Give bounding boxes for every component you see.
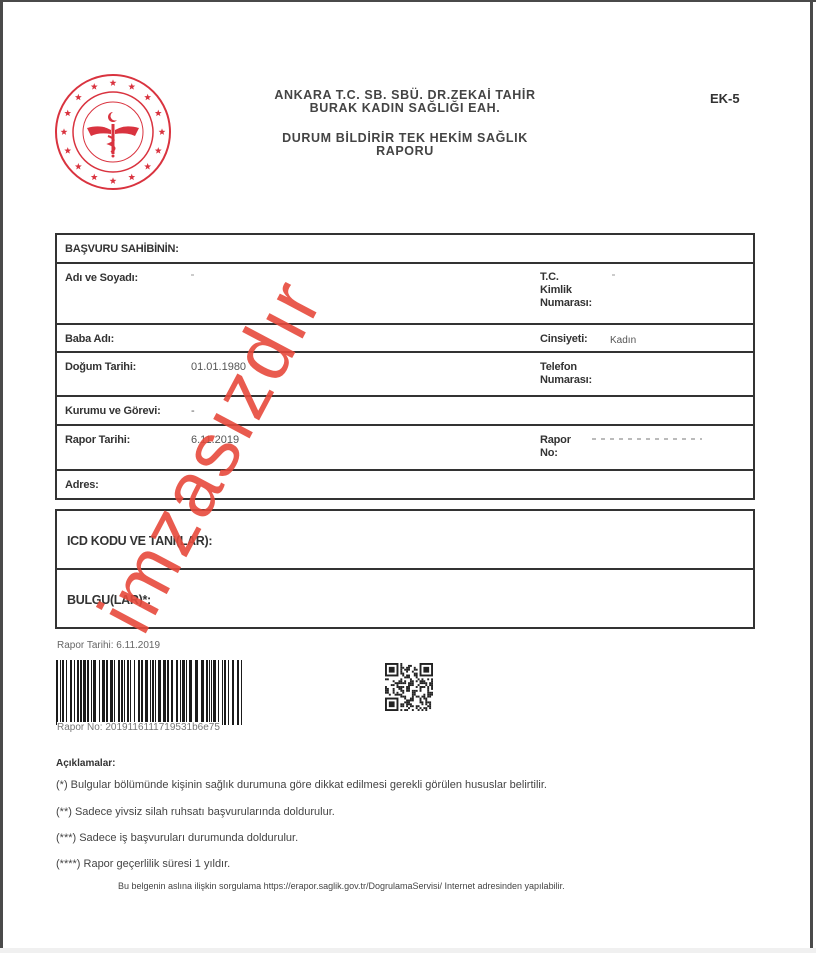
name-label: Adı ve Soyadı: [65, 272, 138, 285]
birth-phone-row: Doğum Tarihi: 01.01.1980 Telefon Numaras… [57, 353, 753, 397]
note-item: (****) Rapor geçerlilik süresi 1 yıldır. [56, 858, 230, 870]
institution-name: ANKARA T.C. SB. SBÜ. DR.ZEKAİ TAHİR BURA… [230, 89, 580, 115]
phone-label-line-2: Numarası: [540, 374, 592, 387]
report-no-value-redacted [592, 438, 702, 440]
title-line-2: RAPORU [230, 145, 580, 158]
tc-label-line-1: T.C. [540, 271, 592, 284]
phone-label-line-1: Telefon [540, 361, 592, 374]
work-row: Kurumu ve Görevi: - [57, 397, 753, 426]
phone-label: Telefon Numarası: [540, 361, 592, 387]
name-row: Adı ve Soyadı: T.C. Kimlik Numarası: [57, 264, 753, 325]
report-no-label-line-1: Rapor [540, 434, 571, 447]
gender-value: Kadın [610, 334, 636, 347]
tc-label-line-3: Numarası: [540, 297, 592, 310]
gender-label: Cinsiyeti: [540, 333, 588, 346]
report-title: DURUM BİLDİRİR TEK HEKİM SAĞLIK RAPORU [230, 132, 580, 158]
applicant-section-row: BAŞVURU SAHİBİNİN: [57, 235, 753, 264]
note-item: (**) Sadece yivsiz silah ruhsatı başvuru… [56, 806, 335, 818]
page-border-left [0, 0, 3, 948]
page-border-top [0, 0, 816, 2]
barcode-report-date: Rapor Tarihi: 6.11.2019 [57, 640, 160, 651]
qr-code-icon [385, 663, 433, 711]
institution-line-2: BURAK KADIN SAĞLIĞI EAH. [230, 102, 580, 115]
address-label: Adres: [65, 479, 99, 492]
work-label: Kurumu ve Görevi: [65, 405, 161, 418]
report-date-label: Rapor Tarihi: [65, 434, 130, 447]
note-item: (*) Bulgular bölümünde kişinin sağlık du… [56, 779, 547, 791]
report-no-label-line-2: No: [540, 447, 571, 460]
ministry-seal-logo-icon [53, 72, 173, 192]
birth-date-label: Doğum Tarihi: [65, 361, 136, 374]
page-border-bottom [0, 948, 816, 953]
barcode-icon [56, 660, 246, 725]
name-value-redacted [191, 274, 194, 276]
report-no-label: Rapor No: [540, 434, 571, 460]
barcode-report-no: Rapor No: 2019116111719531b6e75 [57, 722, 220, 733]
tc-label-line-2: Kimlik [540, 284, 592, 297]
tc-id-label: T.C. Kimlik Numarası: [540, 271, 592, 310]
annex-label: EK-5 [710, 91, 740, 106]
verification-footer: Bu belgenin aslına ilişkin sorgulama htt… [118, 881, 565, 891]
tc-id-value-redacted [612, 274, 615, 276]
note-item: (***) Sadece iş başvuruları durumunda do… [56, 832, 298, 844]
notes-heading: Açıklamalar: [56, 758, 115, 769]
father-name-label: Baba Adı: [65, 333, 114, 346]
father-gender-row: Baba Adı: Cinsiyeti: Kadın [57, 325, 753, 353]
applicant-section-title: BAŞVURU SAHİBİNİN: [65, 243, 179, 256]
page-border-right [810, 0, 813, 948]
